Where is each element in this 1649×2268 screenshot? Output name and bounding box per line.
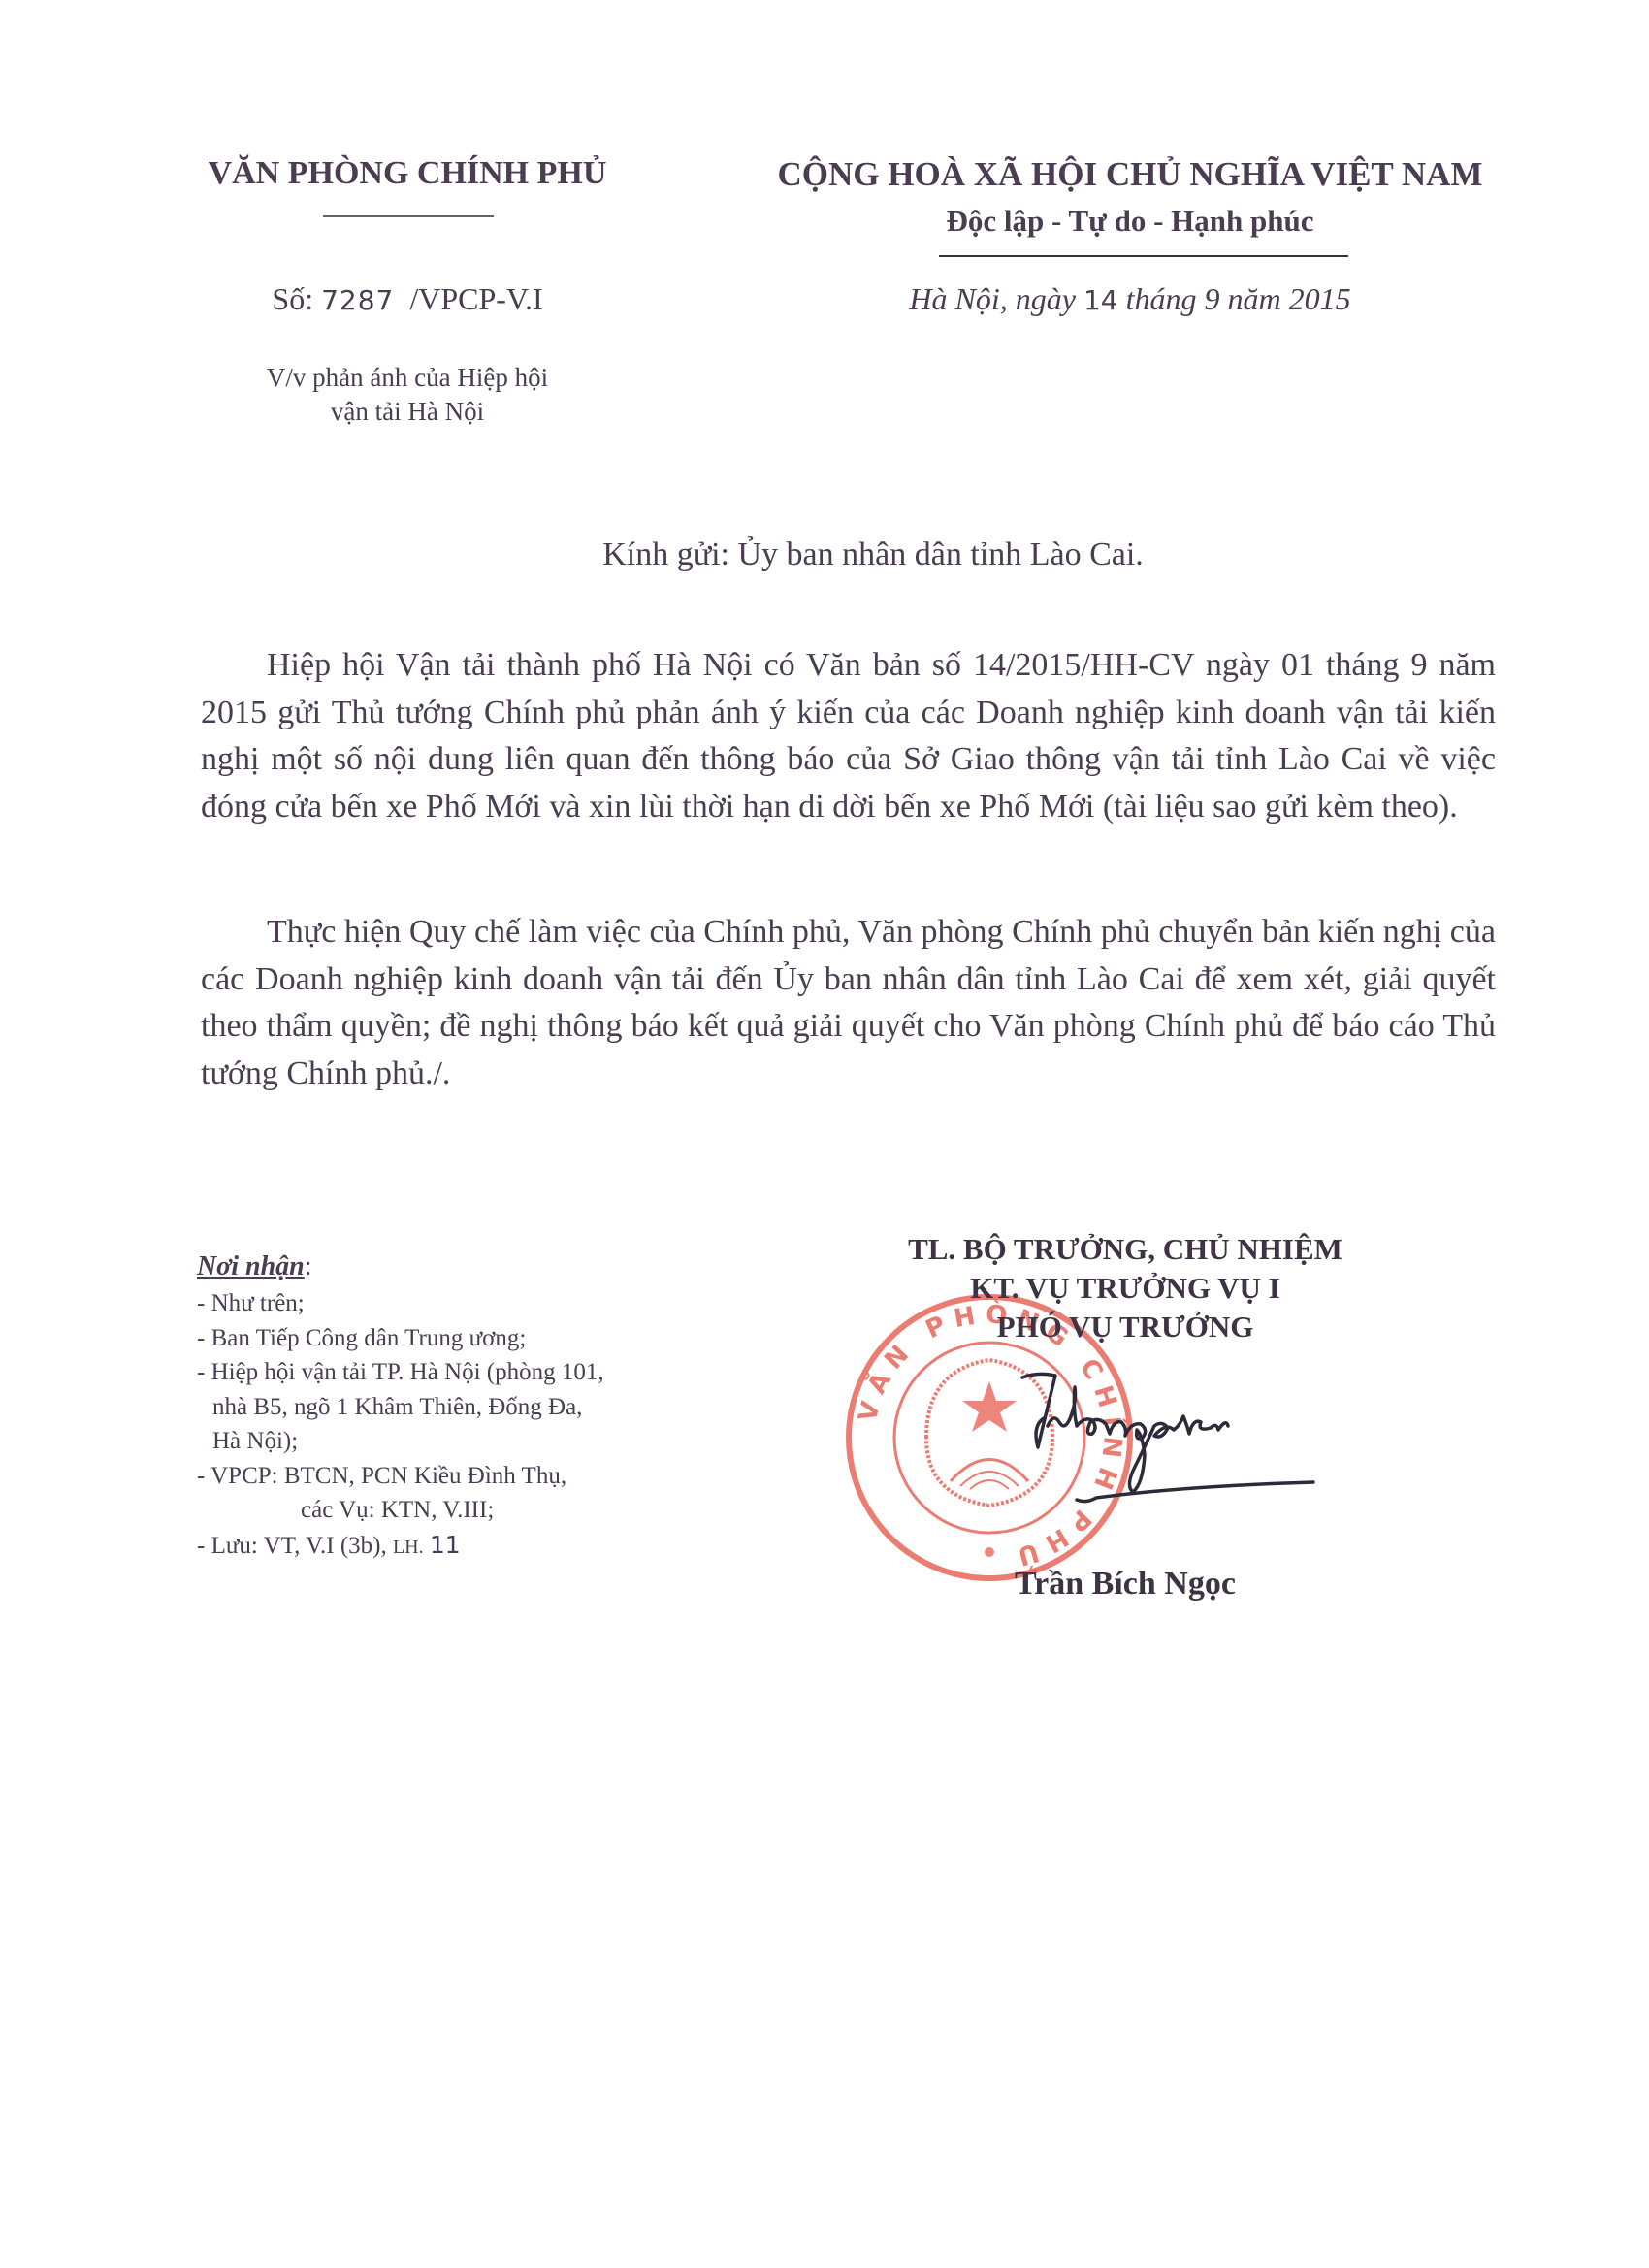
recipient-item: - Như trên; (197, 1286, 604, 1321)
recipients-heading: Nơi nhận: (197, 1251, 312, 1282)
recipients-heading-colon: : (305, 1251, 312, 1281)
agency-underline (323, 215, 494, 217)
date-suffix: tháng 9 năm 2015 (1126, 281, 1351, 316)
document-number: Số: 7287 /VPCP-V.I (155, 281, 660, 317)
date-prefix: Hà Nội, ngày (909, 281, 1076, 316)
national-motto: Độc lập - Tự do - Hạnh phúc (747, 204, 1513, 239)
signature-title: KT. VỤ TRƯỞNG VỤ I (854, 1271, 1397, 1306)
signature-title: PHÓ VỤ TRƯỞNG (854, 1310, 1397, 1345)
recipient-item: - Hiệp hội vận tải TP. Hà Nội (phòng 101… (197, 1355, 604, 1390)
signature-title: TL. BỘ TRƯỞNG, CHỦ NHIỆM (854, 1232, 1397, 1267)
doc-number-suffix: /VPCP-V.I (409, 281, 542, 316)
body-paragraph: Hiệp hội Vận tải thành phố Hà Nội có Văn… (201, 642, 1496, 831)
recipient-item-continued: nhà B5, ngõ 1 Khâm Thiên, Đống Đa, (197, 1390, 604, 1425)
issue-date: Hà Nội, ngày 14 tháng 9 năm 2015 (747, 281, 1513, 317)
recipient-item: - VPCP: BTCN, PCN Kiều Đình Thụ, (197, 1459, 604, 1494)
handwritten-signature-icon (1009, 1358, 1329, 1513)
document-subject: V/v phản ánh của Hiệp hội vận tải Hà Nội (155, 361, 660, 429)
addressee: Kính gửi: Ủy ban nhân dân tỉnh Lào Cai. (194, 536, 1552, 573)
recipient-item: - Lưu: VT, V.I (3b), LH. 11 (197, 1528, 604, 1566)
archive-code: LH. (393, 1537, 424, 1558)
doc-number-prefix: Số: (272, 281, 313, 316)
recipients-heading-label: Nơi nhận (197, 1251, 305, 1281)
doc-number-handwritten: 7287 (321, 284, 394, 316)
motto-underline (939, 255, 1348, 257)
archive-count-handwritten: 11 (430, 1531, 461, 1559)
signer-name: Trần Bích Ngọc (854, 1566, 1397, 1603)
recipient-item-continued: Hà Nội); (197, 1424, 604, 1459)
subject-line: V/v phản ánh của Hiệp hội (155, 361, 660, 395)
body-paragraph: Thực hiện Quy chế làm việc của Chính phủ… (201, 909, 1496, 1098)
date-day-handwritten: 14 (1083, 284, 1118, 316)
recipient-item: - Ban Tiếp Công dân Trung ương; (197, 1321, 604, 1356)
issuing-agency: VĂN PHÒNG CHÍNH PHỦ (155, 155, 660, 192)
recipients-list: - Như trên; - Ban Tiếp Công dân Trung ươ… (197, 1286, 604, 1565)
national-title: CỘNG HOÀ XÃ HỘI CHỦ NGHĨA VIỆT NAM (747, 155, 1513, 194)
recipient-item-continued: các Vụ: KTN, V.III; (197, 1493, 604, 1528)
archive-line: - Lưu: VT, V.I (3b), (197, 1533, 387, 1559)
subject-line: vận tải Hà Nội (155, 395, 660, 429)
